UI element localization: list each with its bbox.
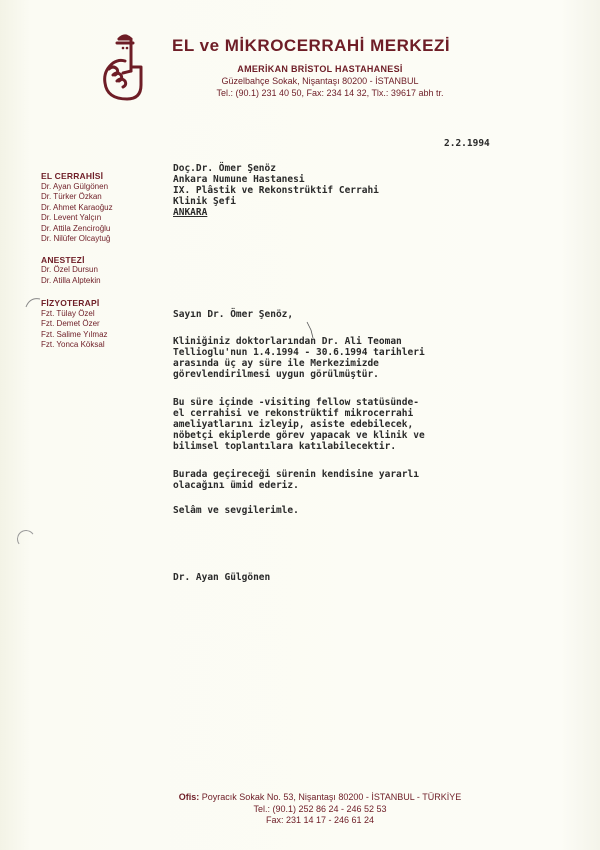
recipient-line: Klinik Şefi <box>173 196 379 207</box>
footer-office-label: Ofis: <box>179 792 200 802</box>
letter-date: 2.2.1994 <box>444 138 490 149</box>
staff-sidebar: EL CERRAHİSİ Dr. Ayan Gülgönen Dr. Türke… <box>41 171 161 361</box>
recipient-block: Doç.Dr. Ömer ŞenözAnkara Numune Hastanes… <box>173 163 379 218</box>
staff-member: Fzt. Demet Özer <box>41 319 161 330</box>
staff-group-hand-surgery: EL CERRAHİSİ Dr. Ayan Gülgönen Dr. Türke… <box>41 171 161 245</box>
staff-member: Dr. Ayan Gülgönen <box>41 182 161 193</box>
staff-member: Dr. Özel Dursun <box>41 265 161 276</box>
letter-footer: Ofis: Poyracık Sokak No. 53, Nişantaşı 8… <box>100 792 540 827</box>
pen-mark-icon <box>24 297 42 309</box>
staff-group-physiotherapy: FİZYOTERAPİ Fzt. Tülay Özel Fzt. Demet Ö… <box>41 298 161 351</box>
footer-tel: Tel.: (90.1) 252 86 24 - 246 52 53 <box>100 804 540 816</box>
recipient-line: IX. Plâstik ve Rekonstrüktif Cerrahi <box>173 185 379 196</box>
letterhead-address: Güzelbahçe Sokak, Nişantaşı 80200 - İSTA… <box>170 76 470 86</box>
staff-member: Dr. Ahmet Karaoğuz <box>41 203 161 214</box>
staff-member: Fzt. Tülay Özel <box>41 309 161 320</box>
staff-member: Dr. Nilüfer Olcaytuğ <box>41 234 161 245</box>
body-paragraph: Bu süre içinde -visiting fellow statüsün… <box>173 397 425 452</box>
body-line: Bu süre içinde -visiting fellow statüsün… <box>173 397 425 408</box>
body-line: Tellioglu'nun 1.4.1994 - 30.6.1994 tarih… <box>173 347 425 358</box>
hand-finger-logo-icon <box>101 33 147 101</box>
footer-office: Ofis: Poyracık Sokak No. 53, Nişantaşı 8… <box>100 792 540 804</box>
recipient-city: ANKARA <box>173 207 379 218</box>
staff-member: Dr. Atilla Alptekin <box>41 276 161 287</box>
body-line: görevlendirilmesi uygun görülmüştür. <box>173 369 425 380</box>
staff-group-anesthesia: ANESTEZİ Dr. Özel Dursun Dr. Atilla Alpt… <box>41 255 161 287</box>
body-line: el cerrahisi ve rekonstrüktif mikrocerra… <box>173 408 425 419</box>
body-paragraph: Burada geçireceği sürenin kendisine yara… <box>173 469 419 491</box>
closing: Selâm ve sevgilerimle. <box>173 505 299 516</box>
letter-page: EL ve MİKROCERRAHİ MERKEZİ AMERİKAN BRİS… <box>0 0 600 850</box>
recipient-line: Doç.Dr. Ömer Şenöz <box>173 163 379 174</box>
body-line: bilimsel toplantılara katılabilecektir. <box>173 441 425 452</box>
letterhead-title: EL ve MİKROCERRAHİ MERKEZİ <box>172 36 492 56</box>
body-line: ameliyatlarını izleyip, asiste edebilece… <box>173 419 425 430</box>
staff-group-heading: FİZYOTERAPİ <box>41 298 161 309</box>
staff-group-heading: EL CERRAHİSİ <box>41 171 161 182</box>
salutation: Sayın Dr. Ömer Şenöz, <box>173 309 293 320</box>
footer-office-address: Poyracık Sokak No. 53, Nişantaşı 80200 -… <box>202 792 461 802</box>
staff-member: Dr. Levent Yalçın <box>41 213 161 224</box>
staff-member: Fzt. Salime Yılmaz <box>41 330 161 341</box>
signature: Dr. Ayan Gülgönen <box>173 572 270 583</box>
body-line: arasında üç ay süre ile Merkezimizde <box>173 358 425 369</box>
recipient-line: Ankara Numune Hastanesi <box>173 174 379 185</box>
staff-group-heading: ANESTEZİ <box>41 255 161 266</box>
body-line: Burada geçireceği sürenin kendisine yara… <box>173 469 419 480</box>
footer-fax: Fax: 231 14 17 - 246 61 24 <box>100 815 540 827</box>
staff-member: Dr. Türker Özkan <box>41 192 161 203</box>
punch-hole-mark <box>16 529 37 550</box>
body-line: nöbetçi ekiplerde görev yapacak ve klini… <box>173 430 425 441</box>
body-line: olacağını ümid ederiz. <box>173 480 419 491</box>
staff-member: Dr. Attila Zenciroğlu <box>41 224 161 235</box>
staff-member: Fzt. Yonca Köksal <box>41 340 161 351</box>
body-paragraph: Kliniğiniz doktorlarından Dr. Ali Teoman… <box>173 336 425 380</box>
body-line: Kliniğiniz doktorlarından Dr. Ali Teoman <box>173 336 425 347</box>
letterhead-hospital: AMERİKAN BRİSTOL HASTAHANESİ <box>170 64 470 74</box>
letterhead-contact: Tel.: (90.1) 231 40 50, Fax: 234 14 32, … <box>170 88 490 98</box>
